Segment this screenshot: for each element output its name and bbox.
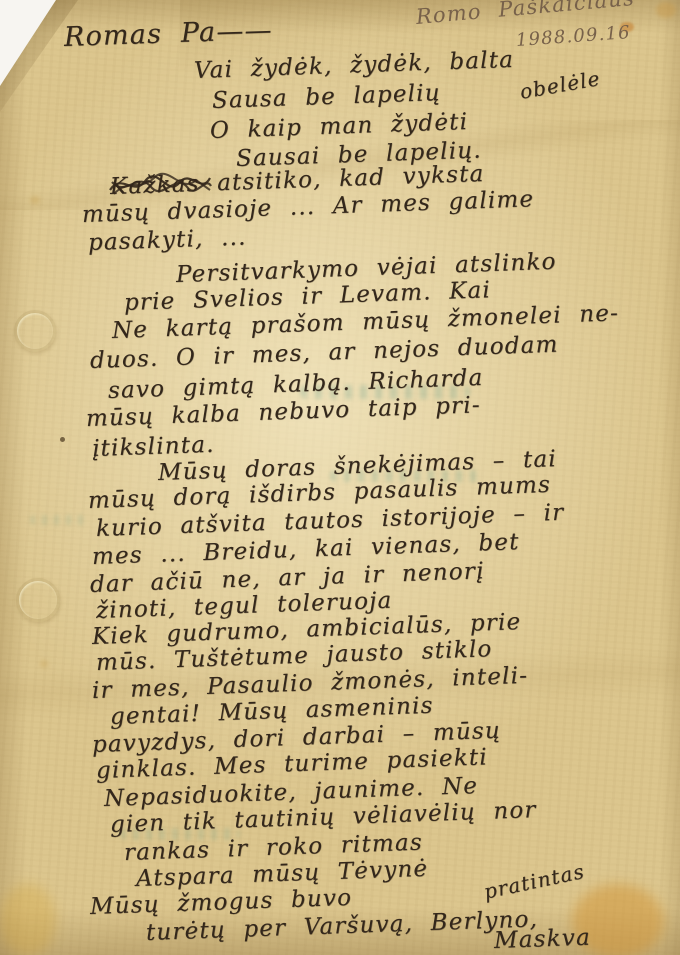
handwritten-line: pasakyti, ...	[88, 224, 247, 256]
handwriting-layer: Romas Pa——Romo Paškaičiaus1988.09.16Vai …	[0, 0, 680, 955]
handwritten-line: Romas Pa——	[63, 15, 273, 53]
handwritten-line: 1988.09.16	[515, 22, 631, 51]
handwritten-line: Maskva	[494, 925, 592, 954]
handwritten-line: įtikslinta.	[92, 432, 216, 462]
paper-sheet: Romas Pa——Romo Paškaičiaus1988.09.16Vai …	[0, 0, 680, 955]
handwritten-line: pratintas	[482, 859, 587, 904]
handwritten-line: Sausa be lapelių	[212, 80, 442, 114]
handwritten-line: Vai žydėk, žydėk, balta	[194, 47, 515, 84]
handwritten-line: obelėle	[518, 66, 602, 104]
